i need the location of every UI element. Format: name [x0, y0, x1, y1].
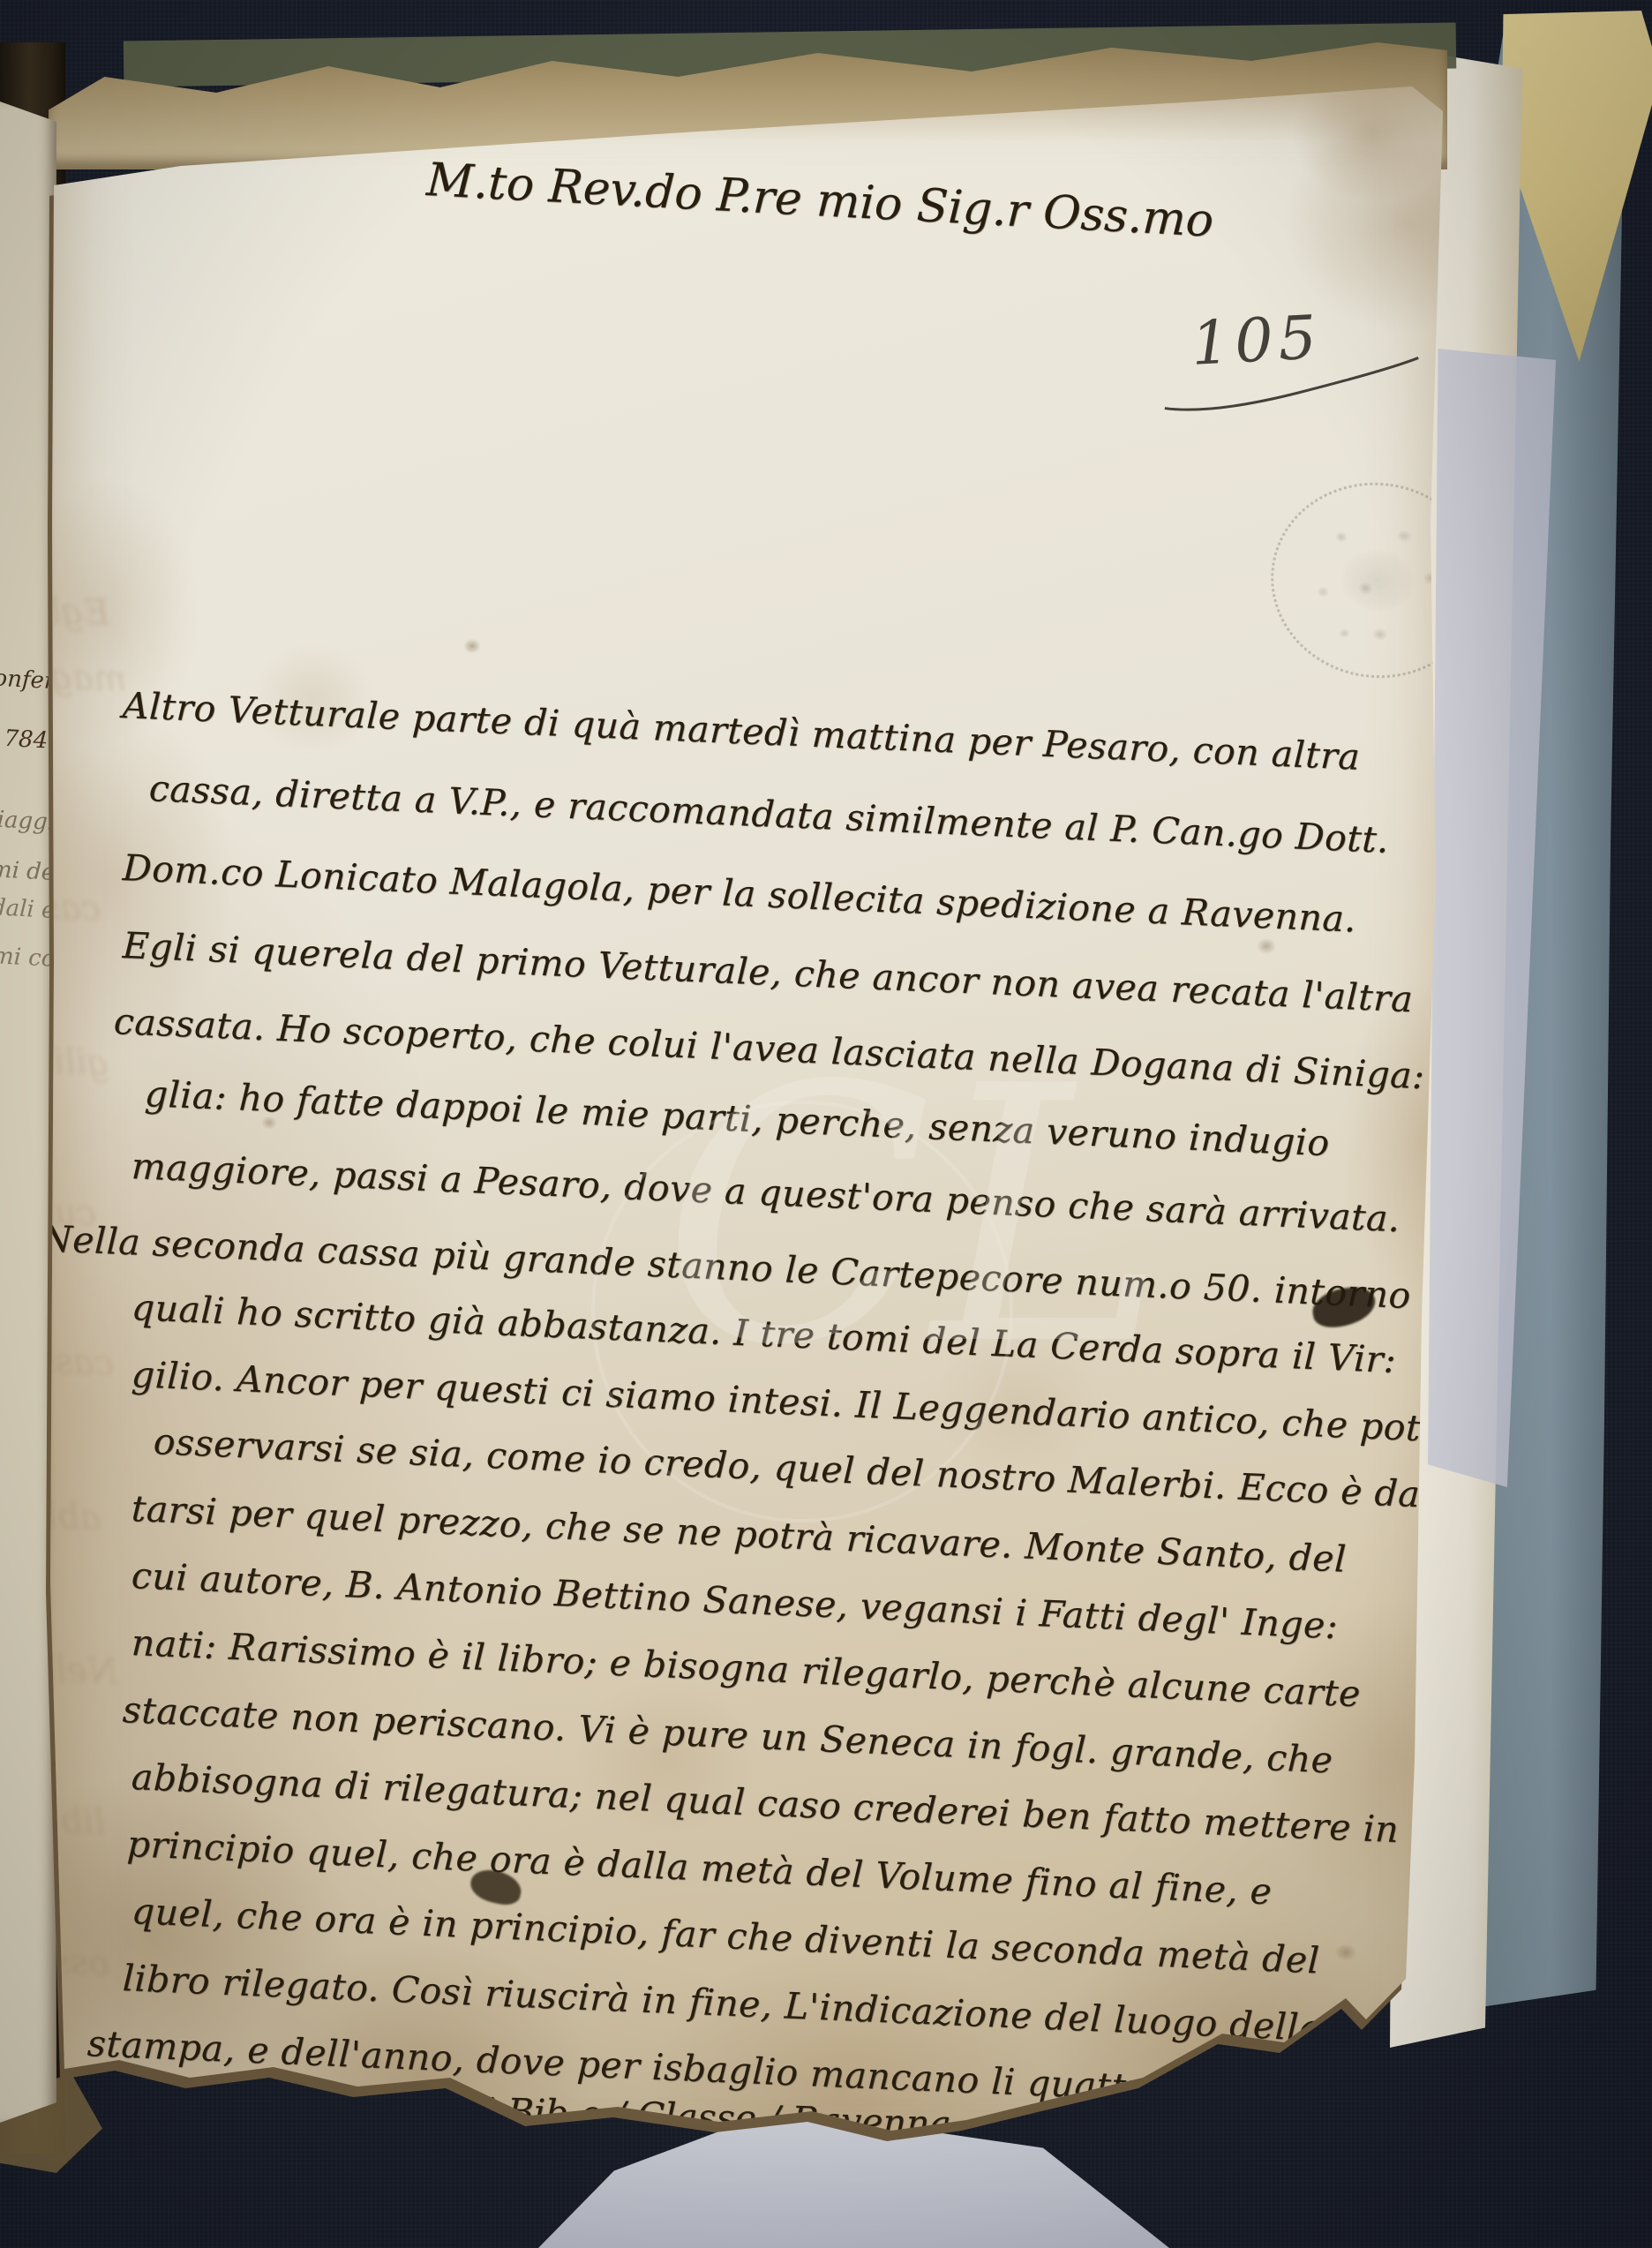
- showthrough-fragment: 1784.: [0, 725, 56, 755]
- archival-photo: confer 1784. viaggi mi de dali e mi co E…: [0, 0, 1652, 2248]
- showthrough-fragment: dali e: [0, 894, 56, 924]
- under-page-strip: confer 1784. viaggi mi de dali e mi co: [0, 101, 56, 2123]
- showthrough-fragment: mi co: [0, 943, 56, 973]
- manuscript-line: glia: ho fatte dappoi le mie parti, perc…: [144, 1072, 1331, 1164]
- letter-page: Egli si querela del primo Vetturale, che…: [49, 81, 1452, 2182]
- manuscript-line: cassa, diretta a V.P., e raccomandata si…: [148, 767, 1390, 861]
- showthrough-fragment: confer: [0, 665, 56, 695]
- salutation: M.to Rev.do P.re mio Sig.r Oss.mo: [425, 154, 1215, 248]
- manuscript-line: Egli si querela del primo Vetturale, che…: [122, 924, 1414, 1020]
- showthrough-fragment: mi de: [0, 856, 56, 886]
- folio-number: 105: [1190, 303, 1324, 380]
- showthrough-fragment: viaggi: [0, 806, 56, 836]
- manuscript-line: Dom.co Lonicato Malagola, per la solleci…: [122, 846, 1357, 941]
- manuscript-line: Altro Vetturale parte di quà martedì mat…: [122, 684, 1361, 778]
